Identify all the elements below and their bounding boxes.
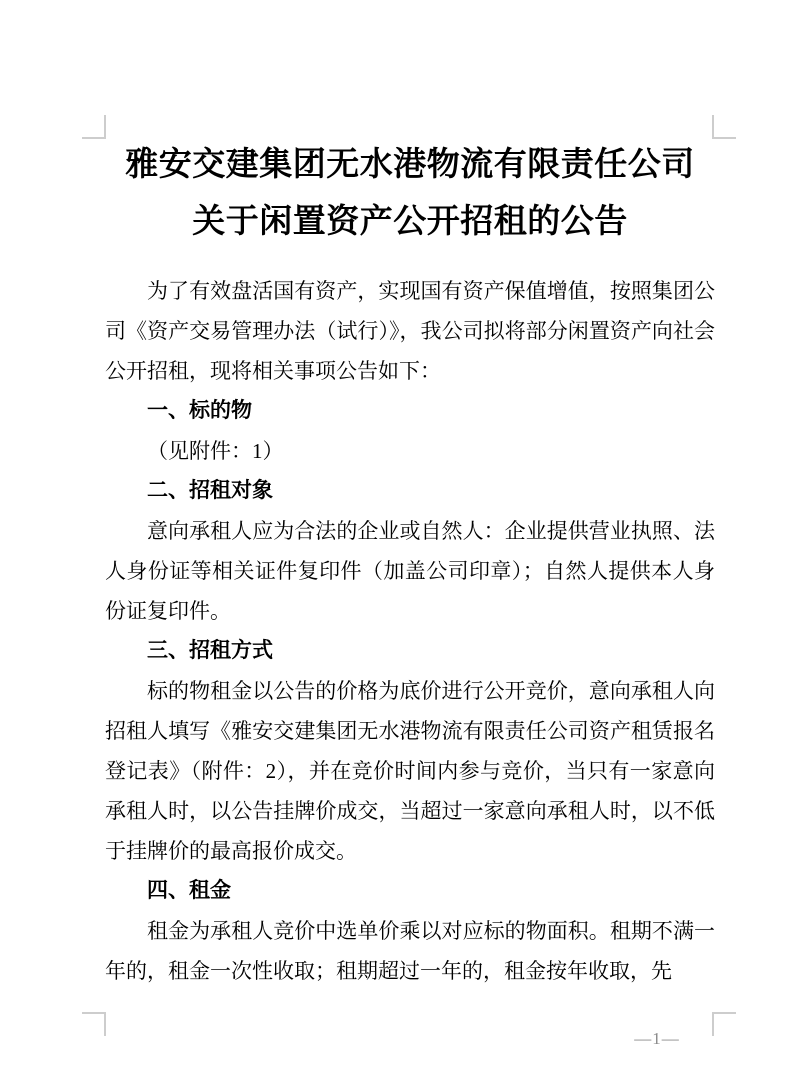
title-line-subject: 关于闲置资产公开招租的公告	[105, 194, 715, 251]
attachment-reference-note: （见附件：1）	[105, 431, 715, 471]
intro-paragraph: 为了有效盘活国有资产，实现国有资产保值增值，按照集团公司《资产交易管理办法（试行…	[105, 271, 715, 391]
document-title: 雅安交建集团无水港物流有限责任公司 关于闲置资产公开招租的公告	[105, 137, 715, 251]
section-heading-subject-matter: 一、标的物	[105, 391, 715, 431]
lease-target-paragraph: 意向承租人应为合法的企业或自然人：企业提供营业执照、法人身份证等相关证件复印件（…	[105, 511, 715, 631]
rent-paragraph: 租金为承租人竞价中选单价乘以对应标的物面积。租期不满一年的，租金一次性收取；租期…	[105, 911, 715, 991]
crop-mark-top-right	[712, 115, 736, 139]
crop-mark-top-left	[82, 115, 106, 139]
crop-mark-bottom-left	[82, 1012, 106, 1036]
document-content: 雅安交建集团无水港物流有限责任公司 关于闲置资产公开招租的公告 为了有效盘活国有…	[105, 137, 715, 991]
page-number: —1—	[625, 1029, 689, 1049]
title-line-company: 雅安交建集团无水港物流有限责任公司	[105, 137, 715, 194]
crop-mark-bottom-right	[712, 1012, 736, 1036]
section-heading-rent: 四、租金	[105, 871, 715, 911]
section-heading-lease-target: 二、招租对象	[105, 471, 715, 511]
lease-method-paragraph: 标的物租金以公告的价格为底价进行公开竞价，意向承租人向招租人填写《雅安交建集团无…	[105, 671, 715, 871]
document-body: 为了有效盘活国有资产，实现国有资产保值增值，按照集团公司《资产交易管理办法（试行…	[105, 271, 715, 991]
section-heading-lease-method: 三、招租方式	[105, 631, 715, 671]
document-page: 雅安交建集团无水港物流有限责任公司 关于闲置资产公开招租的公告 为了有效盘活国有…	[0, 0, 800, 1089]
